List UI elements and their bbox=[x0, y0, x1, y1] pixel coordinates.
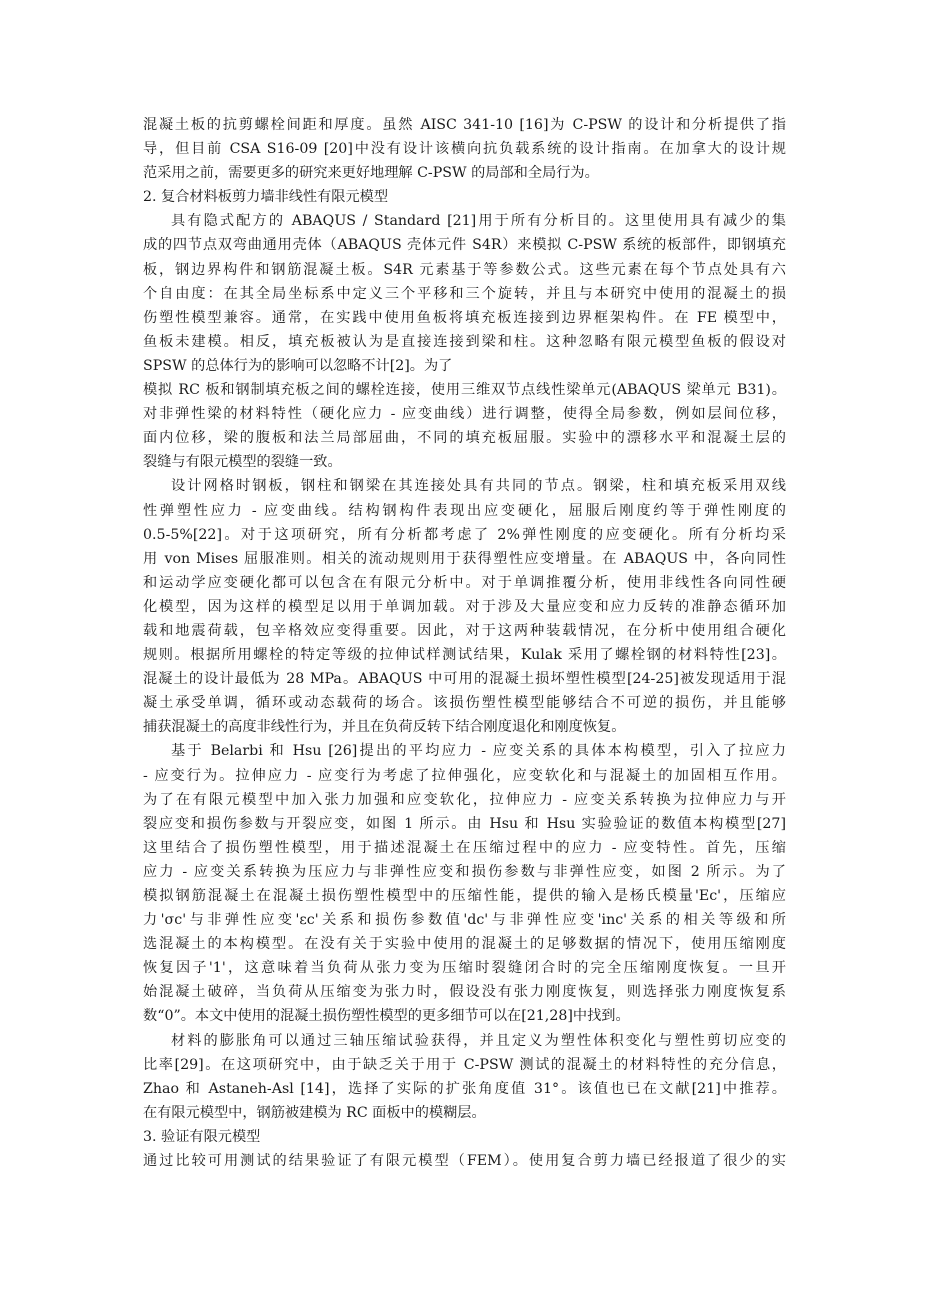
text-line: 基于 Belarbi 和 Hsu [26]提出的平均应力 - 应变关系的具体本构… bbox=[143, 739, 786, 763]
text-line: 0.5-5%[22]。对于这项研究，所有分析都考虑了 2%弹性刚度的应变硬化。所… bbox=[143, 523, 786, 547]
text-line: 应力 - 应变关系转换为压应力与非弹性应变和损伤参数与非弹性应变，如图 2 所示… bbox=[143, 860, 786, 884]
text-line: 恢复因子'1'，这意味着当负荷从张力变为压缩时裂缝闭合时的完全压缩刚度恢复。一旦… bbox=[143, 956, 786, 980]
text-line: 为了在有限元模型中加入张力加强和应变软化，拉伸应力 - 应变关系转换为拉伸应力与… bbox=[143, 788, 786, 812]
text-line: 鱼板未建模。相反，填充板被认为是直接连接到梁和柱。这种忽略有限元模型鱼板的假设对 bbox=[143, 330, 786, 354]
text-line: 比率[29]。在这项研究中，由于缺乏关于用于 C-PSW 测试的混凝土的材料特性… bbox=[143, 1053, 786, 1077]
text-line: 成的四节点双弯曲通用壳体（ABAQUS 壳体元件 S4R）来模拟 C-PSW 系… bbox=[143, 233, 786, 257]
text-line: Zhao 和 Astaneh-Asl [14]，选择了实际的扩张角度值 31°。… bbox=[143, 1077, 786, 1101]
text-line: 裂应变和损伤参数与开裂应变，如图 1 所示。由 Hsu 和 Hsu 实验验证的数… bbox=[143, 812, 786, 836]
text-line: 通过比较可用测试的结果验证了有限元模型（FEM）。使用复合剪力墙已经报道了很少的… bbox=[143, 1149, 786, 1173]
text-line: 规则。根据所用螺栓的特定等级的拉伸试样测试结果，Kulak 采用了螺栓钢的材料特… bbox=[143, 643, 786, 667]
text-line: 力'σc'与非弹性应变'εc'关系和损伤参数值'dc'与非弹性应变'inc'关系… bbox=[143, 908, 786, 932]
text-line: 具有隐式配方的 ABAQUS / Standard [21]用于所有分析目的。这… bbox=[143, 209, 786, 233]
text-line: 个自由度：在其全局坐标系中定义三个平移和三个旋转，并且与本研究中使用的混凝土的损 bbox=[143, 282, 786, 306]
text-line: 设计网格时钢板，钢柱和钢梁在其连接处具有共同的节点。钢梁，柱和填充板采用双线 bbox=[143, 474, 786, 498]
text-line: 性弹塑性应力 - 应变曲线。结构钢构件表现出应变硬化，屈服后刚度约等于弹性刚度的 bbox=[143, 499, 786, 523]
text-line: 和运动学应变硬化都可以包含在有限元分析中。对于单调推覆分析，使用非线性各向同性硬 bbox=[143, 571, 786, 595]
paragraph-bolts: 模拟 RC 板和钢制填充板之间的螺栓连接，使用三维双节点线性梁单元(ABAQUS… bbox=[143, 378, 786, 474]
text-line: 这里结合了损伤塑性模型，用于描述混凝土在压缩过程中的应力 - 应变特性。首先，压… bbox=[143, 836, 786, 860]
paragraph-abaqus: 具有隐式配方的 ABAQUS / Standard [21]用于所有分析目的。这… bbox=[143, 209, 786, 378]
text-line: 面内位移，梁的腹板和法兰局部屈曲，不同的填充板屈服。实验中的漂移水平和混凝土层的 bbox=[143, 426, 786, 450]
section-heading-2: 2. 复合材料板剪力墙非线性有限元模型 bbox=[143, 185, 786, 209]
text-line: 裂缝与有限元模型的裂缝一致。 bbox=[143, 450, 786, 474]
text-line: 载和地震荷载，包辛格效应变得重要。因此，对于这两种装载情况，在分析中使用组合硬化 bbox=[143, 619, 786, 643]
text-line: SPSW 的总体行为的影响可以忽略不计[2]。为了 bbox=[143, 354, 786, 378]
text-line: 模拟 RC 板和钢制填充板之间的螺栓连接，使用三维双节点线性梁单元(ABAQUS… bbox=[143, 378, 786, 402]
text-line: - 应变行为。拉伸应力 - 应变行为考虑了拉伸强化，应变软化和与混凝土的加固相互… bbox=[143, 764, 786, 788]
text-line: 材料的膨胀角可以通过三轴压缩试验获得，并且定义为塑性体积变化与塑性剪切应变的 bbox=[143, 1029, 786, 1053]
paragraph-validate: 通过比较可用测试的结果验证了有限元模型（FEM）。使用复合剪力墙已经报道了很少的… bbox=[143, 1149, 786, 1173]
text-line: 始混凝土破碎，当负荷从压缩变为张力时，假设没有张力刚度恢复，则选择张力刚度恢复系 bbox=[143, 980, 786, 1004]
text-line: 化模型，因为这样的模型足以用于单调加载。对于涉及大量应变和应力反转的准静态循环加 bbox=[143, 595, 786, 619]
text-line: 混凝土板的抗剪螺栓间距和厚度。虽然 AISC 341-10 [16]为 C-PS… bbox=[143, 113, 786, 137]
text-line: 用 von Mises 屈服准则。相关的流动规则用于获得塑性应变增量。在 ABA… bbox=[143, 547, 786, 571]
text-line: 板，钢边界构件和钢筋混凝土板。S4R 元素基于等参数公式。这些元素在每个节点处具… bbox=[143, 258, 786, 282]
text-line: 模拟钢筋混凝土在混凝土损伤塑性模型中的压缩性能，提供的输入是杨氏模量'Ec'，压… bbox=[143, 884, 786, 908]
text-line: 凝土承受单调，循环或动态载荷的场合。该损伤塑性模型能够结合不可逆的损伤，并且能够 bbox=[143, 691, 786, 715]
text-line: 在有限元模型中，钢筋被建模为 RC 面板中的模糊层。 bbox=[143, 1101, 786, 1125]
text-line: 数“0”。本文中使用的混凝土损伤塑性模型的更多细节可以在[21,28]中找到。 bbox=[143, 1004, 786, 1028]
paragraph-belarbi: 基于 Belarbi 和 Hsu [26]提出的平均应力 - 应变关系的具体本构… bbox=[143, 739, 786, 1028]
section-heading-3: 3. 验证有限元模型 bbox=[143, 1125, 786, 1149]
paragraph-dilation: 材料的膨胀角可以通过三轴压缩试验获得，并且定义为塑性体积变化与塑性剪切应变的 比… bbox=[143, 1029, 786, 1125]
text-line: 伤塑性模型兼容。通常，在实践中使用鱼板将填充板连接到边界框架构件。在 FE 模型… bbox=[143, 306, 786, 330]
text-line: 范采用之前，需要更多的研究来更好地理解 C-PSW 的局部和全局行为。 bbox=[143, 161, 786, 185]
paragraph-intro-end: 混凝土板的抗剪螺栓间距和厚度。虽然 AISC 341-10 [16]为 C-PS… bbox=[143, 113, 786, 185]
paragraph-mesh: 设计网格时钢板，钢柱和钢梁在其连接处具有共同的节点。钢梁，柱和填充板采用双线 性… bbox=[143, 474, 786, 739]
text-line: 捕获混凝土的高度非线性行为，并且在负荷反转下结合刚度退化和刚度恢复。 bbox=[143, 715, 786, 739]
text-line: 选混凝土的本构模型。在没有关于实验中使用的混凝土的足够数据的情况下，使用压缩刚度 bbox=[143, 932, 786, 956]
document-page: 混凝土板的抗剪螺栓间距和厚度。虽然 AISC 341-10 [16]为 C-PS… bbox=[143, 113, 786, 1173]
text-line: 混凝土的设计最低为 28 MPa。ABAQUS 中可用的混凝土损坏塑性模型[24… bbox=[143, 667, 786, 691]
text-line: 导，但目前 CSA S16-09 [20]中没有设计该横向抗负载系统的设计指南。… bbox=[143, 137, 786, 161]
text-line: 对非弹性梁的材料特性（硬化应力 - 应变曲线）进行调整，使得全局参数，例如层间位… bbox=[143, 402, 786, 426]
